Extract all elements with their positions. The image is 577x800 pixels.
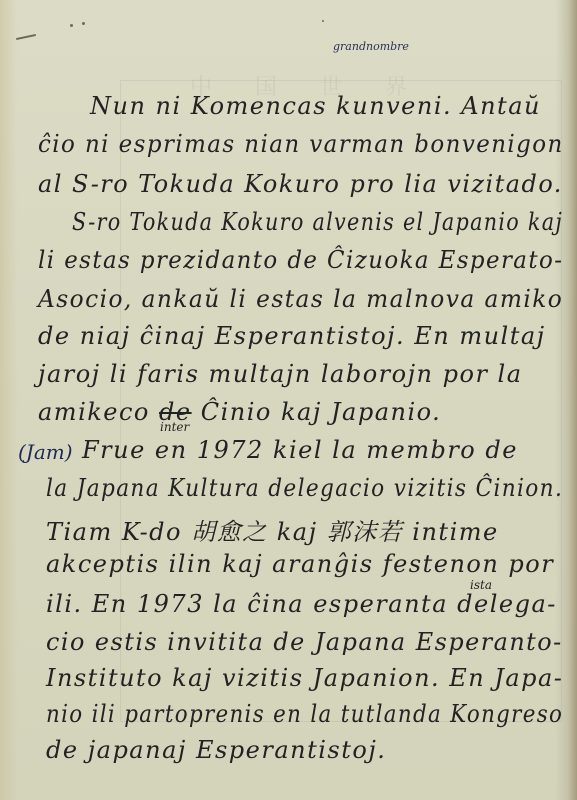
line9-rest: Ĉinio kaj Japanio.: [192, 398, 442, 426]
margin-note-jam: (Jam): [18, 440, 73, 464]
ink-speck: [322, 20, 324, 22]
ink-speck: [82, 22, 85, 25]
text-line-11: la Japana Kultura delegacio vizitis Ĉini…: [46, 474, 563, 502]
text-line-14: ili. En 1973 la ĉina esperanta delega-: [46, 590, 557, 618]
text-line-3: al S-ro Tokuda Kokuro pro lia vizitado.: [38, 170, 563, 198]
text-line-9: amikeco de Ĉinio kaj Japanio.: [38, 398, 441, 426]
text-line-6: Asocio, ankaŭ li estas la malnova amiko: [38, 285, 563, 313]
text-line-4: S-ro Tokuda Kokuro alvenis el Japanio ka…: [72, 208, 563, 236]
text-line-15: cio estis invitita de Japana Esperanto-: [46, 628, 563, 656]
line9-word-amikeco: amikeco: [38, 398, 159, 426]
text-line-7: de niaj ĉinaj Esperantistoj. En multaj: [38, 322, 546, 350]
text-line-10: Frue en 1972 kiel la membro de: [82, 436, 518, 464]
inserted-word-inter: inter: [160, 420, 189, 434]
pen-mark: [16, 34, 36, 40]
text-line-8: jaroj li faris multajn laborojn por la: [38, 360, 523, 388]
ink-speck: [70, 24, 73, 27]
text-line-16: Instituto kaj vizitis Japanion. En Japa-: [46, 664, 563, 692]
text-line-5: li estas prezidanto de Ĉizuoka Esperato-: [38, 246, 563, 274]
scanned-handwritten-page: 中 国 世 界 grandnombre Nun ni Komencas kunv…: [0, 0, 577, 800]
top-annotation: grandnombre: [333, 40, 409, 53]
text-line-12: Tiam K-do 胡愈之 kaj 郭沫若 intime: [46, 512, 499, 547]
text-line-17: nio ili partoprenis en la tutlanda Kongr…: [46, 700, 563, 728]
text-line-2: ĉio ni esprimas nian varman bonvenigon: [38, 130, 564, 158]
text-line-13: akceptis ilin kaj aranĝis festenon por: [46, 550, 554, 578]
text-line-1: Nun ni Komencas kunveni. Antaŭ: [90, 92, 541, 120]
text-line-18: de japanaj Esperantistoj.: [46, 736, 386, 764]
